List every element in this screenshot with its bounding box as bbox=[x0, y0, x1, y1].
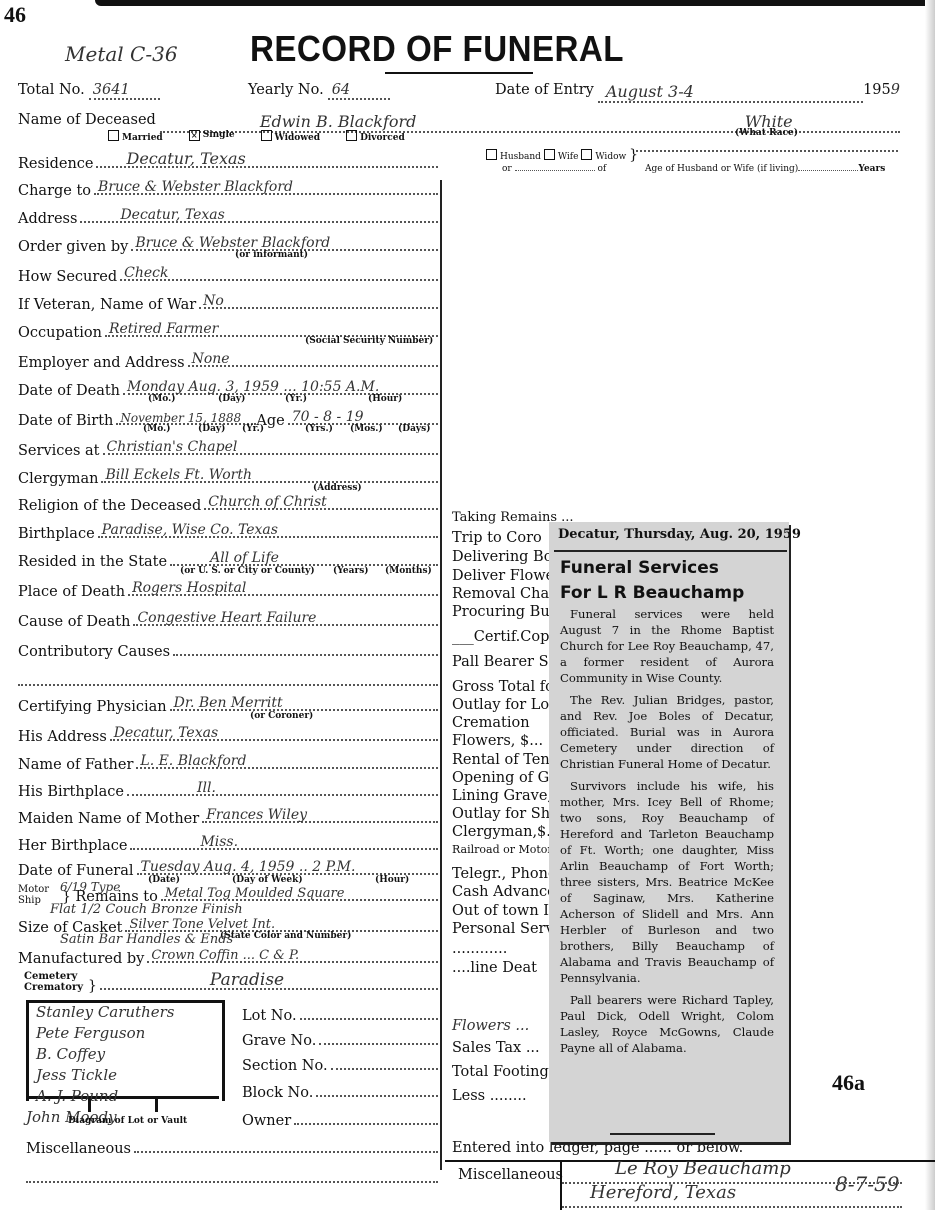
residence-field: ResidenceDecatur, Texas bbox=[18, 150, 438, 172]
pallbearer-names: Stanley Caruthers Pete Ferguson B. Coffe… bbox=[36, 1002, 175, 1128]
spouse-name-line[interactable] bbox=[636, 150, 898, 152]
employer-field: Employer and AddressNone bbox=[18, 349, 438, 371]
charge-lining-grave: Lining Grave, bbox=[452, 788, 552, 804]
charge-sales-tax: Sales Tax ... bbox=[452, 1040, 540, 1056]
remains-to-value[interactable]: Metal Tog Moulded Square bbox=[165, 886, 345, 901]
charge-line-death: ....line Deat bbox=[452, 960, 537, 976]
clipping-rule bbox=[554, 550, 787, 552]
employer-value[interactable]: None bbox=[192, 351, 230, 367]
charge-pall-bearer: Pall Bearer Se bbox=[452, 654, 557, 670]
charge-flowers: Flowers, $... bbox=[452, 733, 543, 749]
physician-address-value[interactable]: Decatur, Texas bbox=[114, 725, 218, 741]
clergyman-field: ClergymanBill Eckels Ft. Worth bbox=[18, 465, 438, 487]
checkbox-wife[interactable]: Wife bbox=[544, 152, 579, 162]
total-no-field: Total No.3641 bbox=[18, 82, 160, 98]
date-of-death-value[interactable]: Monday Aug. 3, 1959 ... 10:55 A.M. bbox=[127, 379, 379, 395]
motor-ship-label: MotorShip bbox=[18, 884, 49, 906]
date-of-funeral-value[interactable]: Tuesday Aug. 4, 1959 .. 2 P.M. bbox=[141, 859, 356, 875]
lot-no-field: Lot No. bbox=[242, 1002, 438, 1024]
charge-tent-rental: Rental of Tent bbox=[452, 752, 556, 768]
father-birthplace-field: His BirthplaceIll. bbox=[18, 778, 438, 800]
grave-no-field: Grave No. bbox=[242, 1027, 438, 1049]
color-number-sublabel: (State Color and Number) bbox=[220, 931, 351, 941]
misc-right-line-2 bbox=[562, 1206, 902, 1208]
services-at-value[interactable]: Christian's Chapel bbox=[107, 439, 238, 455]
lot-diagram-caption: Diagram of Lot or Vault bbox=[68, 1116, 187, 1126]
block-no-field: Block No. bbox=[242, 1079, 438, 1101]
charge-certif-copies: ___Certif.Copi bbox=[452, 629, 554, 645]
charge-removal: Removal Cha bbox=[452, 586, 549, 602]
misc-right-value-2[interactable]: Hereford, Texas bbox=[590, 1182, 736, 1203]
ledger-entry-label: Entered into ledger, page ...... or belo… bbox=[452, 1140, 743, 1156]
manufacturer-value[interactable]: Crown Coffin ... C & P. bbox=[151, 948, 299, 963]
sublabel-mo: (Mo.) bbox=[148, 394, 175, 404]
contributory-causes-field: Contributory Causes bbox=[18, 638, 438, 660]
charge-outlay-shipping: Outlay for Shi bbox=[452, 806, 555, 822]
misc-right-date: 8-7-59 bbox=[835, 1172, 899, 1196]
section-no-field: Section No. bbox=[242, 1052, 438, 1074]
date-of-entry-field: Date of Entry August 3-4 1959 bbox=[495, 82, 900, 103]
services-at-field: Services atChristian's Chapel bbox=[18, 437, 438, 459]
yearly-no-field: Yearly No.64 bbox=[248, 82, 390, 98]
sublabel-years: (Years) bbox=[333, 566, 369, 576]
cemetery-crematory-label: CemeteryCrematory bbox=[24, 971, 83, 993]
contributory-line-2[interactable] bbox=[18, 668, 438, 690]
charge-clergyman: Clergyman,$. bbox=[452, 824, 551, 840]
sublabel-months: (Months) bbox=[385, 566, 432, 576]
clipping-headline: Funeral Services For L R Beauchamp bbox=[560, 556, 744, 606]
charge-cremation: Cremation bbox=[452, 715, 530, 731]
veteran-field: If Veteran, Name of WarNo bbox=[18, 291, 438, 313]
mother-birthplace-field: Her BirthplaceMiss. bbox=[18, 832, 438, 854]
scan-edge-right bbox=[925, 0, 935, 1210]
column-divider bbox=[440, 180, 442, 1170]
residence-value[interactable]: Decatur, Texas bbox=[126, 149, 245, 168]
checkbox-husband[interactable]: Husband bbox=[486, 152, 541, 162]
spouse-or-line: or of bbox=[502, 164, 606, 174]
charge-total-footing: Total Footing bbox=[452, 1064, 549, 1080]
spouse-age-label: Age of Husband or Wife (if living)Years bbox=[645, 164, 885, 174]
manufacturer-field: Manufactured byCrown Coffin ... C & P. bbox=[18, 945, 438, 967]
checkbox-widow[interactable]: Widow bbox=[581, 152, 626, 162]
charge-less: Less ........ bbox=[452, 1088, 527, 1104]
casket-value[interactable]: Silver Tone Velvet Int. bbox=[129, 917, 275, 932]
charge-procuring-burial: Procuring Bur bbox=[452, 604, 557, 620]
title-underline bbox=[385, 72, 533, 74]
resided-sublabel: (or U. S. or City or County) bbox=[180, 566, 315, 576]
clergyman-value[interactable]: Bill Eckels Ft. Worth bbox=[105, 467, 252, 483]
clipping-paragraph: The Rev. Julian Bridges, pastor, and Rev… bbox=[560, 692, 774, 772]
ssn-sublabel: (Social Security Number) bbox=[305, 336, 433, 346]
charge-blank-line: ............ bbox=[452, 941, 507, 957]
sublabel-mo: (Mo.) bbox=[143, 424, 170, 434]
clipping-dateline: Decatur, Thursday, Aug. 20, 1959 bbox=[558, 527, 801, 542]
misc-right-label: Miscellaneous bbox=[458, 1167, 563, 1183]
charge-trip-coroner: Trip to Coro bbox=[452, 530, 542, 546]
father-field: Name of FatherL. E. Blackford bbox=[18, 751, 438, 773]
clipping-paragraph: Survivors include his wife, his mother, … bbox=[560, 778, 774, 986]
physician-address-field: His AddressDecatur, Texas bbox=[18, 723, 438, 745]
date-of-entry-value[interactable]: August 3-4 bbox=[598, 82, 863, 103]
cemetery-value[interactable]: Paradise bbox=[210, 970, 284, 990]
age-value[interactable]: 70 - 8 - 19 bbox=[292, 409, 364, 425]
charge-opening-grave: Opening of Gr bbox=[452, 770, 556, 786]
charge-telegraph-phone: Telegr., Phone bbox=[452, 866, 557, 882]
checkbox-single[interactable]: ×Single bbox=[189, 130, 235, 143]
how-secured-field: How SecuredCheck bbox=[18, 263, 438, 285]
religion-field: Religion of the DeceasedChurch of Christ bbox=[18, 492, 438, 514]
owner-field: Owner bbox=[242, 1107, 438, 1129]
checkbox-widowed[interactable]: Widowed bbox=[261, 130, 320, 143]
father-birthplace-value[interactable]: Ill. bbox=[197, 780, 216, 796]
address-field: AddressDecatur, Texas bbox=[18, 205, 438, 227]
miscellaneous-left-line-2[interactable] bbox=[26, 1165, 438, 1187]
birthplace-field: BirthplaceParadise, Wise Co. Texas bbox=[18, 520, 438, 542]
clipping-body: Funeral services were held August 7 in t… bbox=[560, 606, 774, 1062]
address-value[interactable]: Decatur, Texas bbox=[120, 207, 224, 223]
date-of-birth-value[interactable]: November 15, 1888 bbox=[120, 411, 241, 425]
race-sublabel: (What Race) bbox=[735, 128, 798, 138]
spouse-options: Husband Wife Widow } bbox=[486, 147, 638, 163]
charge-cash-advance: Cash Advance bbox=[452, 884, 556, 900]
form-title: RECORD OF FUNERAL bbox=[250, 28, 624, 70]
checkbox-married[interactable]: Married bbox=[108, 130, 163, 143]
resided-value[interactable]: All of Life bbox=[210, 550, 279, 566]
mother-birthplace-value[interactable]: Miss. bbox=[200, 834, 238, 850]
veteran-value[interactable]: No bbox=[203, 293, 224, 309]
charge-to-field: Charge toBruce & Webster Blackford bbox=[18, 177, 438, 199]
sublabel-day: (Day) bbox=[198, 424, 225, 434]
clipping-paragraph: Pall bearers were Richard Tapley, Paul D… bbox=[560, 992, 774, 1056]
place-of-death-value[interactable]: Rogers Hospital bbox=[132, 580, 246, 596]
mother-field: Maiden Name of MotherFrances Wiley bbox=[18, 805, 438, 827]
informant-sublabel: (or informant) bbox=[235, 250, 308, 260]
charge-delivering-body: Delivering Bo bbox=[452, 549, 552, 565]
charge-to-value[interactable]: Bruce & Webster Blackford bbox=[98, 179, 293, 195]
sublabel-yr: (Yr.) bbox=[242, 424, 264, 434]
sublabel-days: (Days) bbox=[398, 424, 430, 434]
annex-page-number: 46a bbox=[832, 1070, 865, 1096]
physician-value[interactable]: Dr. Ben Merritt bbox=[174, 695, 283, 711]
page-number: 46 bbox=[4, 2, 26, 28]
charge-flowers-handwritten: Flowers ... bbox=[452, 1018, 529, 1034]
checkbox-divorced[interactable]: Divorced bbox=[346, 130, 405, 143]
clipping-end-rule bbox=[610, 1133, 715, 1135]
yearly-no-value[interactable]: 64 bbox=[328, 82, 390, 100]
father-value[interactable]: L. E. Blackford bbox=[140, 753, 246, 769]
charge-deliver-flowers: Deliver Flowe bbox=[452, 568, 554, 584]
order-given-by-field: Order given byBruce & Webster Blackford bbox=[18, 233, 438, 255]
sublabel-mos: (Mos.) bbox=[350, 424, 383, 434]
handwritten-note: Metal C-36 bbox=[65, 42, 178, 66]
cause-of-death-value[interactable]: Congestive Heart Failure bbox=[137, 610, 316, 626]
clipping-paragraph: Funeral services were held August 7 in t… bbox=[560, 606, 774, 686]
charge-gross-total: Gross Total fo bbox=[452, 679, 554, 695]
cause-of-death-field: Cause of DeathCongestive Heart Failure bbox=[18, 608, 438, 630]
sublabel-yr: (Yr.) bbox=[285, 394, 307, 404]
scan-edge-shadow bbox=[95, 0, 935, 6]
misc-right-line-1 bbox=[562, 1182, 902, 1184]
charge-outlay-lot: Outlay for Lo bbox=[452, 697, 549, 713]
miscellaneous-left-field: Miscellaneous bbox=[26, 1135, 438, 1157]
sublabel-day: (Day) bbox=[218, 394, 245, 404]
birthplace-value[interactable]: Paradise, Wise Co. Texas bbox=[102, 522, 278, 538]
sublabel-yrs: (Yrs.) bbox=[305, 424, 333, 434]
coroner-sublabel: (or Coroner) bbox=[250, 711, 313, 721]
physician-field: Certifying PhysicianDr. Ben Merritt bbox=[18, 693, 438, 715]
misc-right-value-1[interactable]: Le Roy Beauchamp bbox=[615, 1158, 791, 1179]
charge-out-of-town: Out of town I bbox=[452, 903, 549, 919]
mother-value[interactable]: Frances Wiley bbox=[206, 807, 307, 823]
order-given-by-value[interactable]: Bruce & Webster Blackford bbox=[135, 235, 330, 251]
cemetery-field: }Paradise bbox=[88, 972, 438, 994]
place-of-death-field: Place of DeathRogers Hospital bbox=[18, 578, 438, 600]
occupation-value[interactable]: Retired Farmer bbox=[109, 321, 218, 337]
marital-status-group: Married ×Single Widowed Divorced bbox=[108, 130, 405, 143]
sublabel-hour: (Hour) bbox=[368, 394, 402, 404]
religion-value[interactable]: Church of Christ bbox=[208, 494, 327, 510]
total-no-value[interactable]: 3641 bbox=[89, 82, 160, 100]
how-secured-value[interactable]: Check bbox=[124, 265, 168, 281]
charge-personal-service: Personal Serv bbox=[452, 921, 554, 937]
